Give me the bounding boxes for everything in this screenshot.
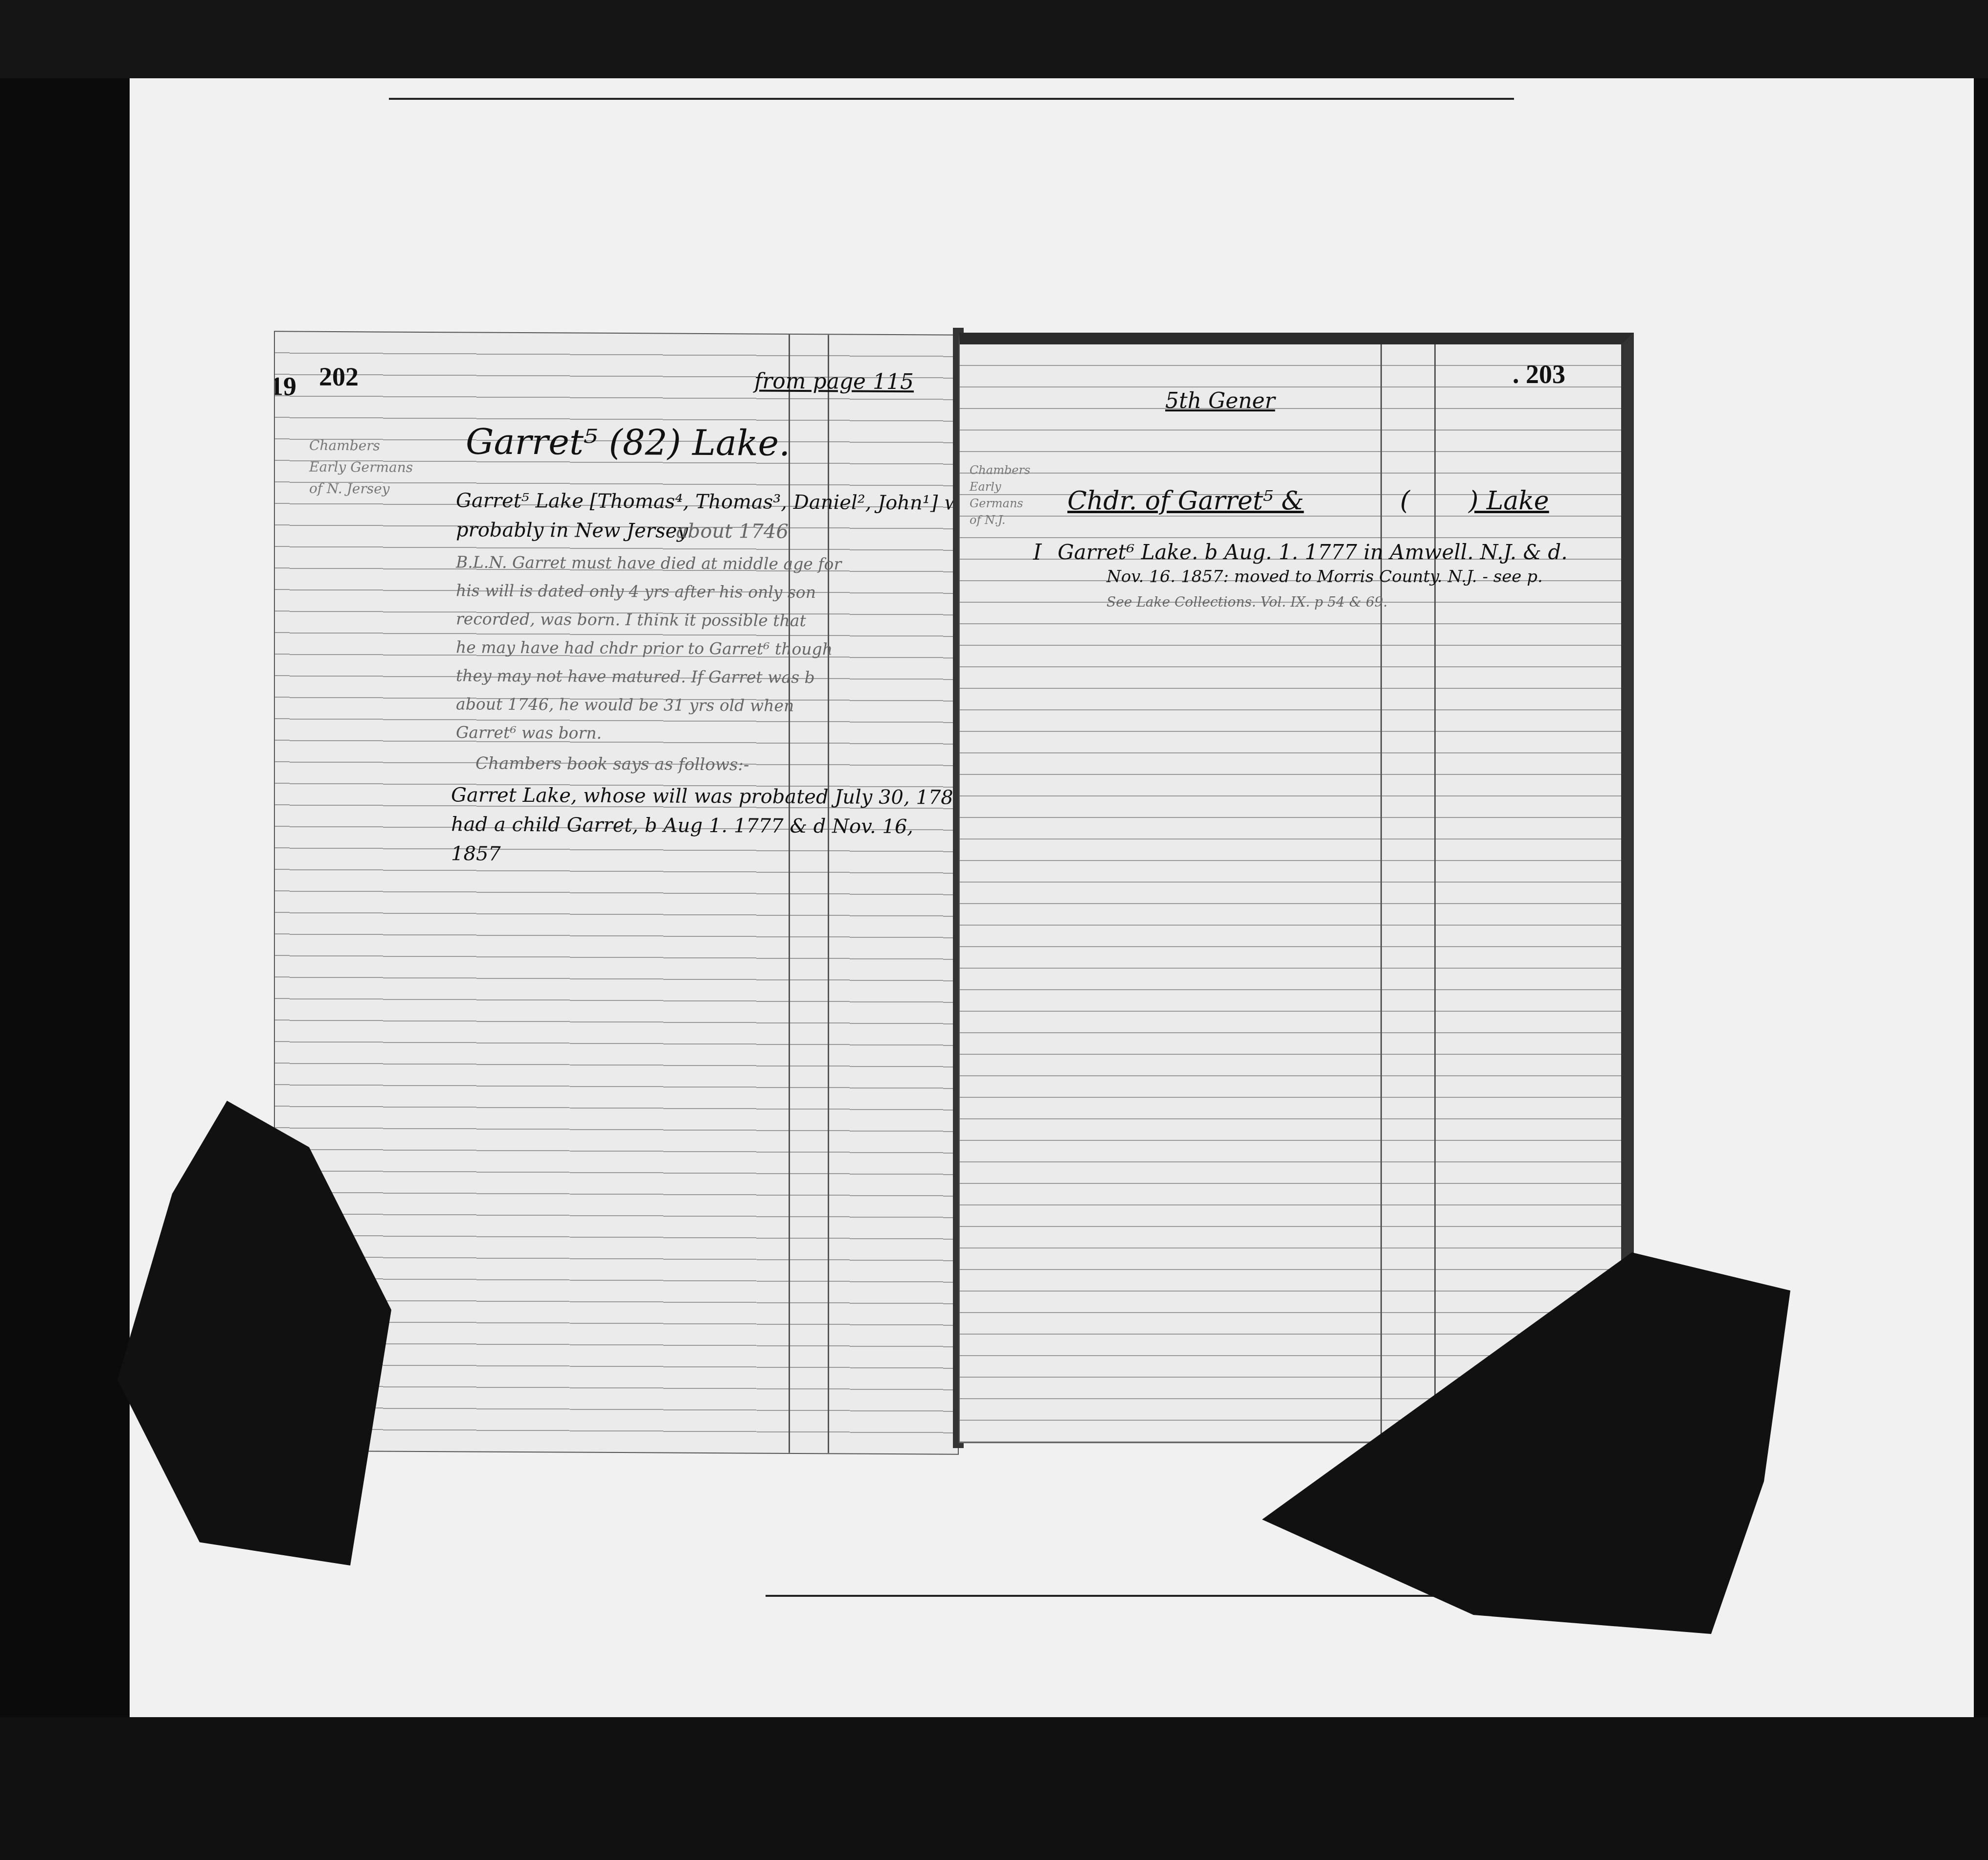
top-rule <box>389 98 1514 100</box>
note-line: recorded, was born. I think it possible … <box>456 605 841 635</box>
heading-paren: ( <box>1400 486 1410 516</box>
generation-label: 5th Gener <box>1165 388 1275 413</box>
entry-line: probably in New Jersey <box>456 519 688 542</box>
pencil-note: B.L.N. Garret must have died at middle a… <box>456 548 841 749</box>
note-line: Garret⁶ was born. <box>456 718 841 749</box>
margin-line: of N.J. <box>970 512 1030 528</box>
margin-note: Chambers Early Germans of N.J. <box>970 462 1030 528</box>
chambers-intro: Chambers book says as follows:- <box>475 753 749 774</box>
children-heading: Chdr. of Garret⁵ & <box>1067 486 1304 516</box>
margin-line: Early Germans <box>309 456 413 478</box>
chambers-quote: Garret Lake, whose will was probated Jul… <box>451 780 959 871</box>
film-border-bottom <box>0 1717 1988 1860</box>
heading-surname: ) Lake <box>1468 486 1549 516</box>
column-rule <box>1434 344 1436 1442</box>
film-border-top <box>0 0 1988 78</box>
tab-number: 19 <box>274 371 296 401</box>
note-line: they may not have matured. If Garret was… <box>456 661 841 692</box>
from-page-note: from page 115 <box>754 368 914 394</box>
note-line: about 1746, he would be 31 yrs old when <box>456 690 841 720</box>
margin-line: of N. Jersey <box>309 478 413 500</box>
child-note: See Lake Collections. Vol. IX. p 54 & 69… <box>1107 594 1387 610</box>
page-number: 202 <box>319 362 359 392</box>
margin-line: Chambers <box>309 435 413 457</box>
entry-heading: Garret⁵ (82) Lake. <box>466 421 790 463</box>
quote-line: 1857 <box>451 839 959 871</box>
child-entry: Nov. 16. 1857: moved to Morris County. N… <box>1107 567 1543 587</box>
child-numeral: I <box>1033 540 1041 565</box>
note-line: his will is dated only 4 yrs after his o… <box>456 576 841 607</box>
open-ledger-book: 19 202 from page 115 Chambers Early Germ… <box>274 323 1673 1458</box>
margin-line: Early <box>970 478 1030 495</box>
entry-line: Garret⁵ Lake [Thomas⁴, Thomas³, Daniel²,… <box>456 489 959 515</box>
margin-note: Chambers Early Germans of N. Jersey <box>309 435 413 500</box>
note-line: he may have had chdr prior to Garret⁶ th… <box>456 633 841 663</box>
page-number: . 203 <box>1513 359 1565 389</box>
margin-line: Germans <box>970 495 1030 512</box>
column-rule <box>1380 344 1382 1442</box>
margin-line: Chambers <box>970 462 1030 478</box>
quote-line: had a child Garret, b Aug 1. 1777 & d No… <box>451 810 959 842</box>
bottom-rule <box>766 1595 1499 1597</box>
child-entry: Garret⁶ Lake. b Aug. 1. 1777 in Amwell. … <box>1058 540 1568 564</box>
quote-line: Garret Lake, whose will was probated Jul… <box>451 780 959 813</box>
pencil-date: about 1746 <box>676 520 789 543</box>
note-line: B.L.N. Garret must have died at middle a… <box>456 548 841 578</box>
right-page: . 203 5th Gener Chambers Early Germans o… <box>959 333 1634 1443</box>
